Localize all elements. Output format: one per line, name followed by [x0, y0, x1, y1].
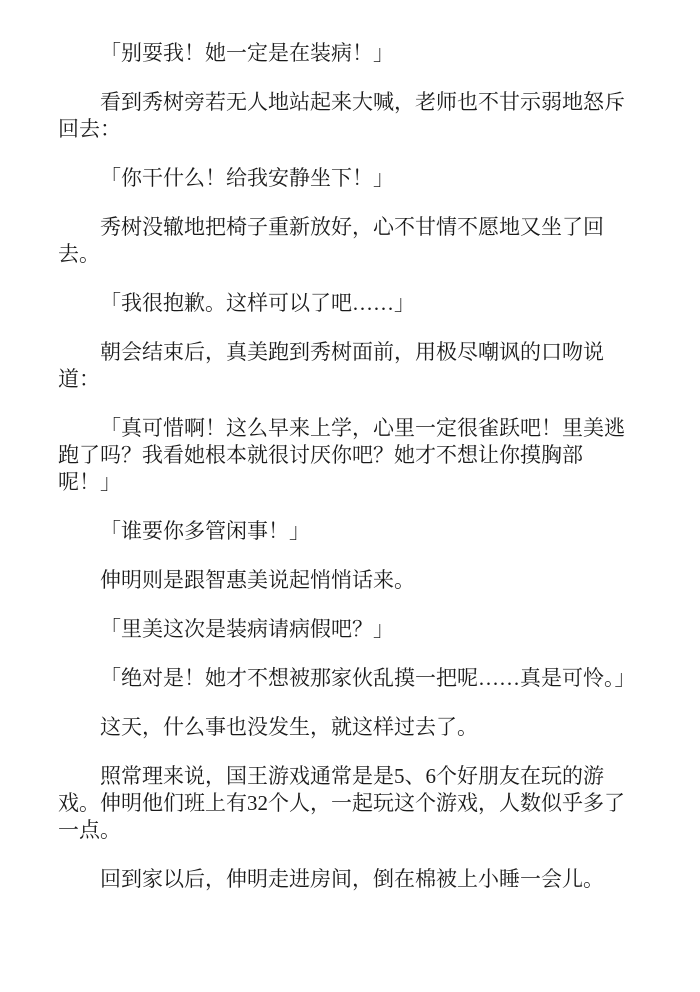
paragraph: 「谁要你多管闲事！」 — [58, 518, 634, 545]
text-block: 「别耍我！她一定是在装病！」看到秀树旁若无人地站起来大喊，老师也不甘示弱地怒斥回… — [58, 40, 634, 893]
paragraph: 「我很抱歉。这样可以了吧……」 — [58, 290, 634, 317]
paragraph: 「里美这次是装病请病假吧？」 — [58, 616, 634, 643]
paragraph: 这天，什么事也没发生，就这样过去了。 — [58, 714, 634, 741]
paragraph: 「绝对是！她才不想被那家伙乱摸一把呢……真是可怜。」 — [58, 665, 634, 692]
paragraph: 照常理来说，国王游戏通常是是5、6个好朋友在玩的游戏。伸明他们班上有32个人，一… — [58, 763, 634, 844]
paragraph: 朝会结束后，真美跑到秀树面前，用极尽嘲讽的口吻说道： — [58, 339, 634, 393]
paragraph: 「你干什么！给我安静坐下！」 — [58, 165, 634, 192]
novel-page: 「别耍我！她一定是在装病！」看到秀树旁若无人地站起来大喊，老师也不甘示弱地怒斥回… — [0, 0, 700, 992]
paragraph: 伸明则是跟智惠美说起悄悄话来。 — [58, 567, 634, 594]
paragraph: 秀树没辙地把椅子重新放好，心不甘情不愿地又坐了回去。 — [58, 214, 634, 268]
paragraph: 回到家以后，伸明走进房间，倒在棉被上小睡一会儿。 — [58, 866, 634, 893]
paragraph: 看到秀树旁若无人地站起来大喊，老师也不甘示弱地怒斥回去： — [58, 89, 634, 143]
paragraph: 「真可惜啊！这么早来上学，心里一定很雀跃吧！里美逃跑了吗？我看她根本就很讨厌你吧… — [58, 415, 634, 496]
paragraph: 「别耍我！她一定是在装病！」 — [58, 40, 634, 67]
